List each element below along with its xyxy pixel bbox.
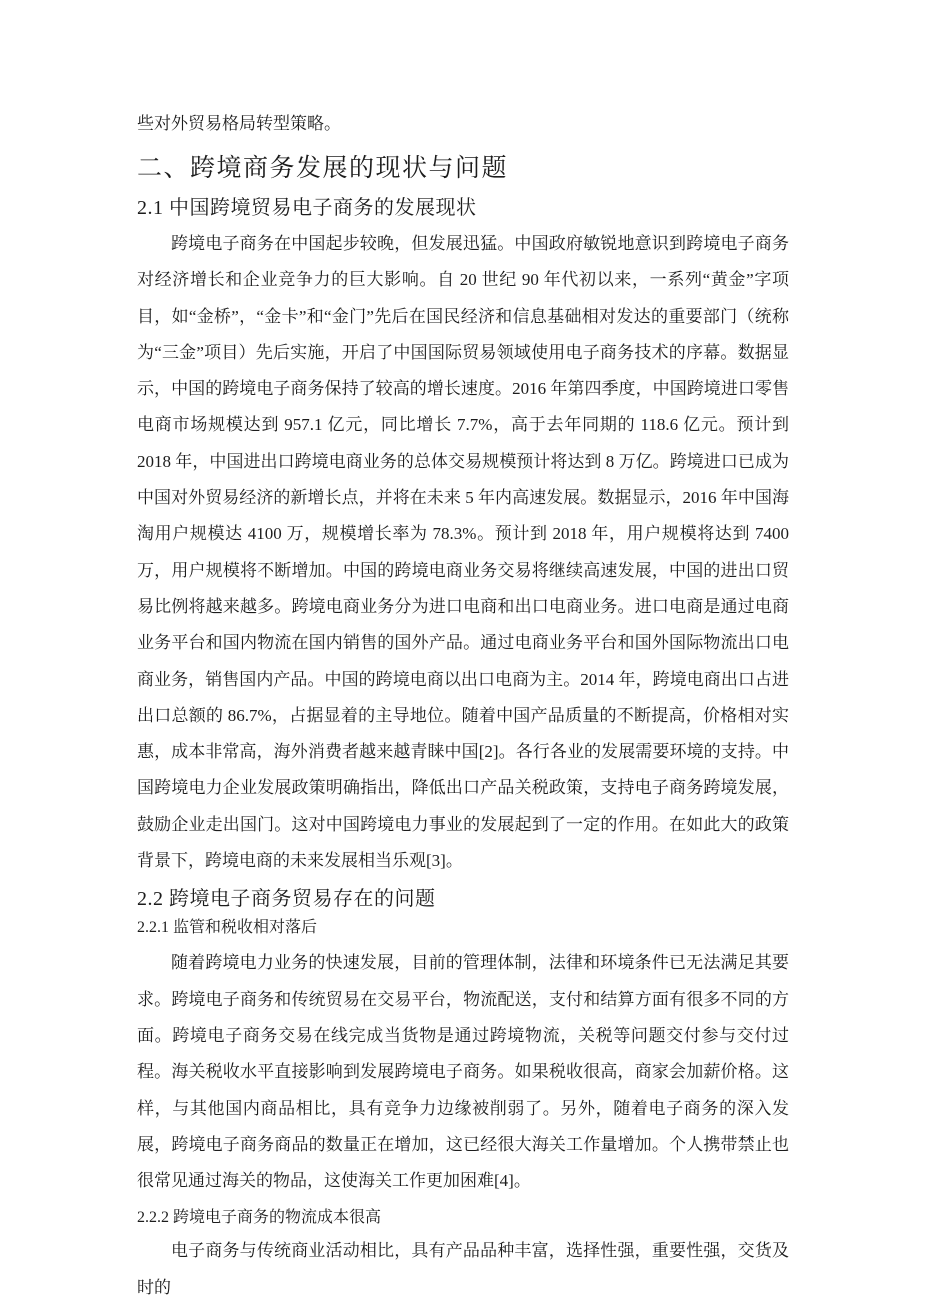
section-2-2-heading: 2.2 跨境电子商务贸易存在的问题 [137, 885, 789, 913]
document-page: 些对外贸易格局转型策略。 二、跨境商务发展的现状与问题 2.1 中国跨境贸易电子… [0, 0, 925, 1309]
subsection-2-2-1-paragraph: 随着跨境电力业务的快速发展，目前的管理体制，法律和环境条件已无法满足其要求。跨境… [137, 945, 789, 1199]
document-content: 些对外贸易格局转型策略。 二、跨境商务发展的现状与问题 2.1 中国跨境贸易电子… [137, 0, 789, 1306]
chapter-heading: 二、跨境商务发展的现状与问题 [137, 152, 789, 186]
subsection-2-2-2-heading: 2.2.2 跨境电子商务的物流成本很高 [137, 1207, 789, 1229]
subsection-2-2-1-heading: 2.2.1 监管和税收相对落后 [137, 917, 789, 939]
section-2-1-heading: 2.1 中国跨境贸易电子商务的发展现状 [137, 194, 789, 222]
subsection-2-2-2-paragraph: 电子商务与传统商业活动相比，具有产品品种丰富，选择性强，重要性强，交货及时的 [137, 1233, 789, 1306]
paragraph-continuation: 些对外贸易格局转型策略。 [137, 112, 789, 136]
section-2-1-paragraph: 跨境电子商务在中国起步较晚，但发展迅猛。中国政府敏锐地意识到跨境电子商务对经济增… [137, 226, 789, 879]
